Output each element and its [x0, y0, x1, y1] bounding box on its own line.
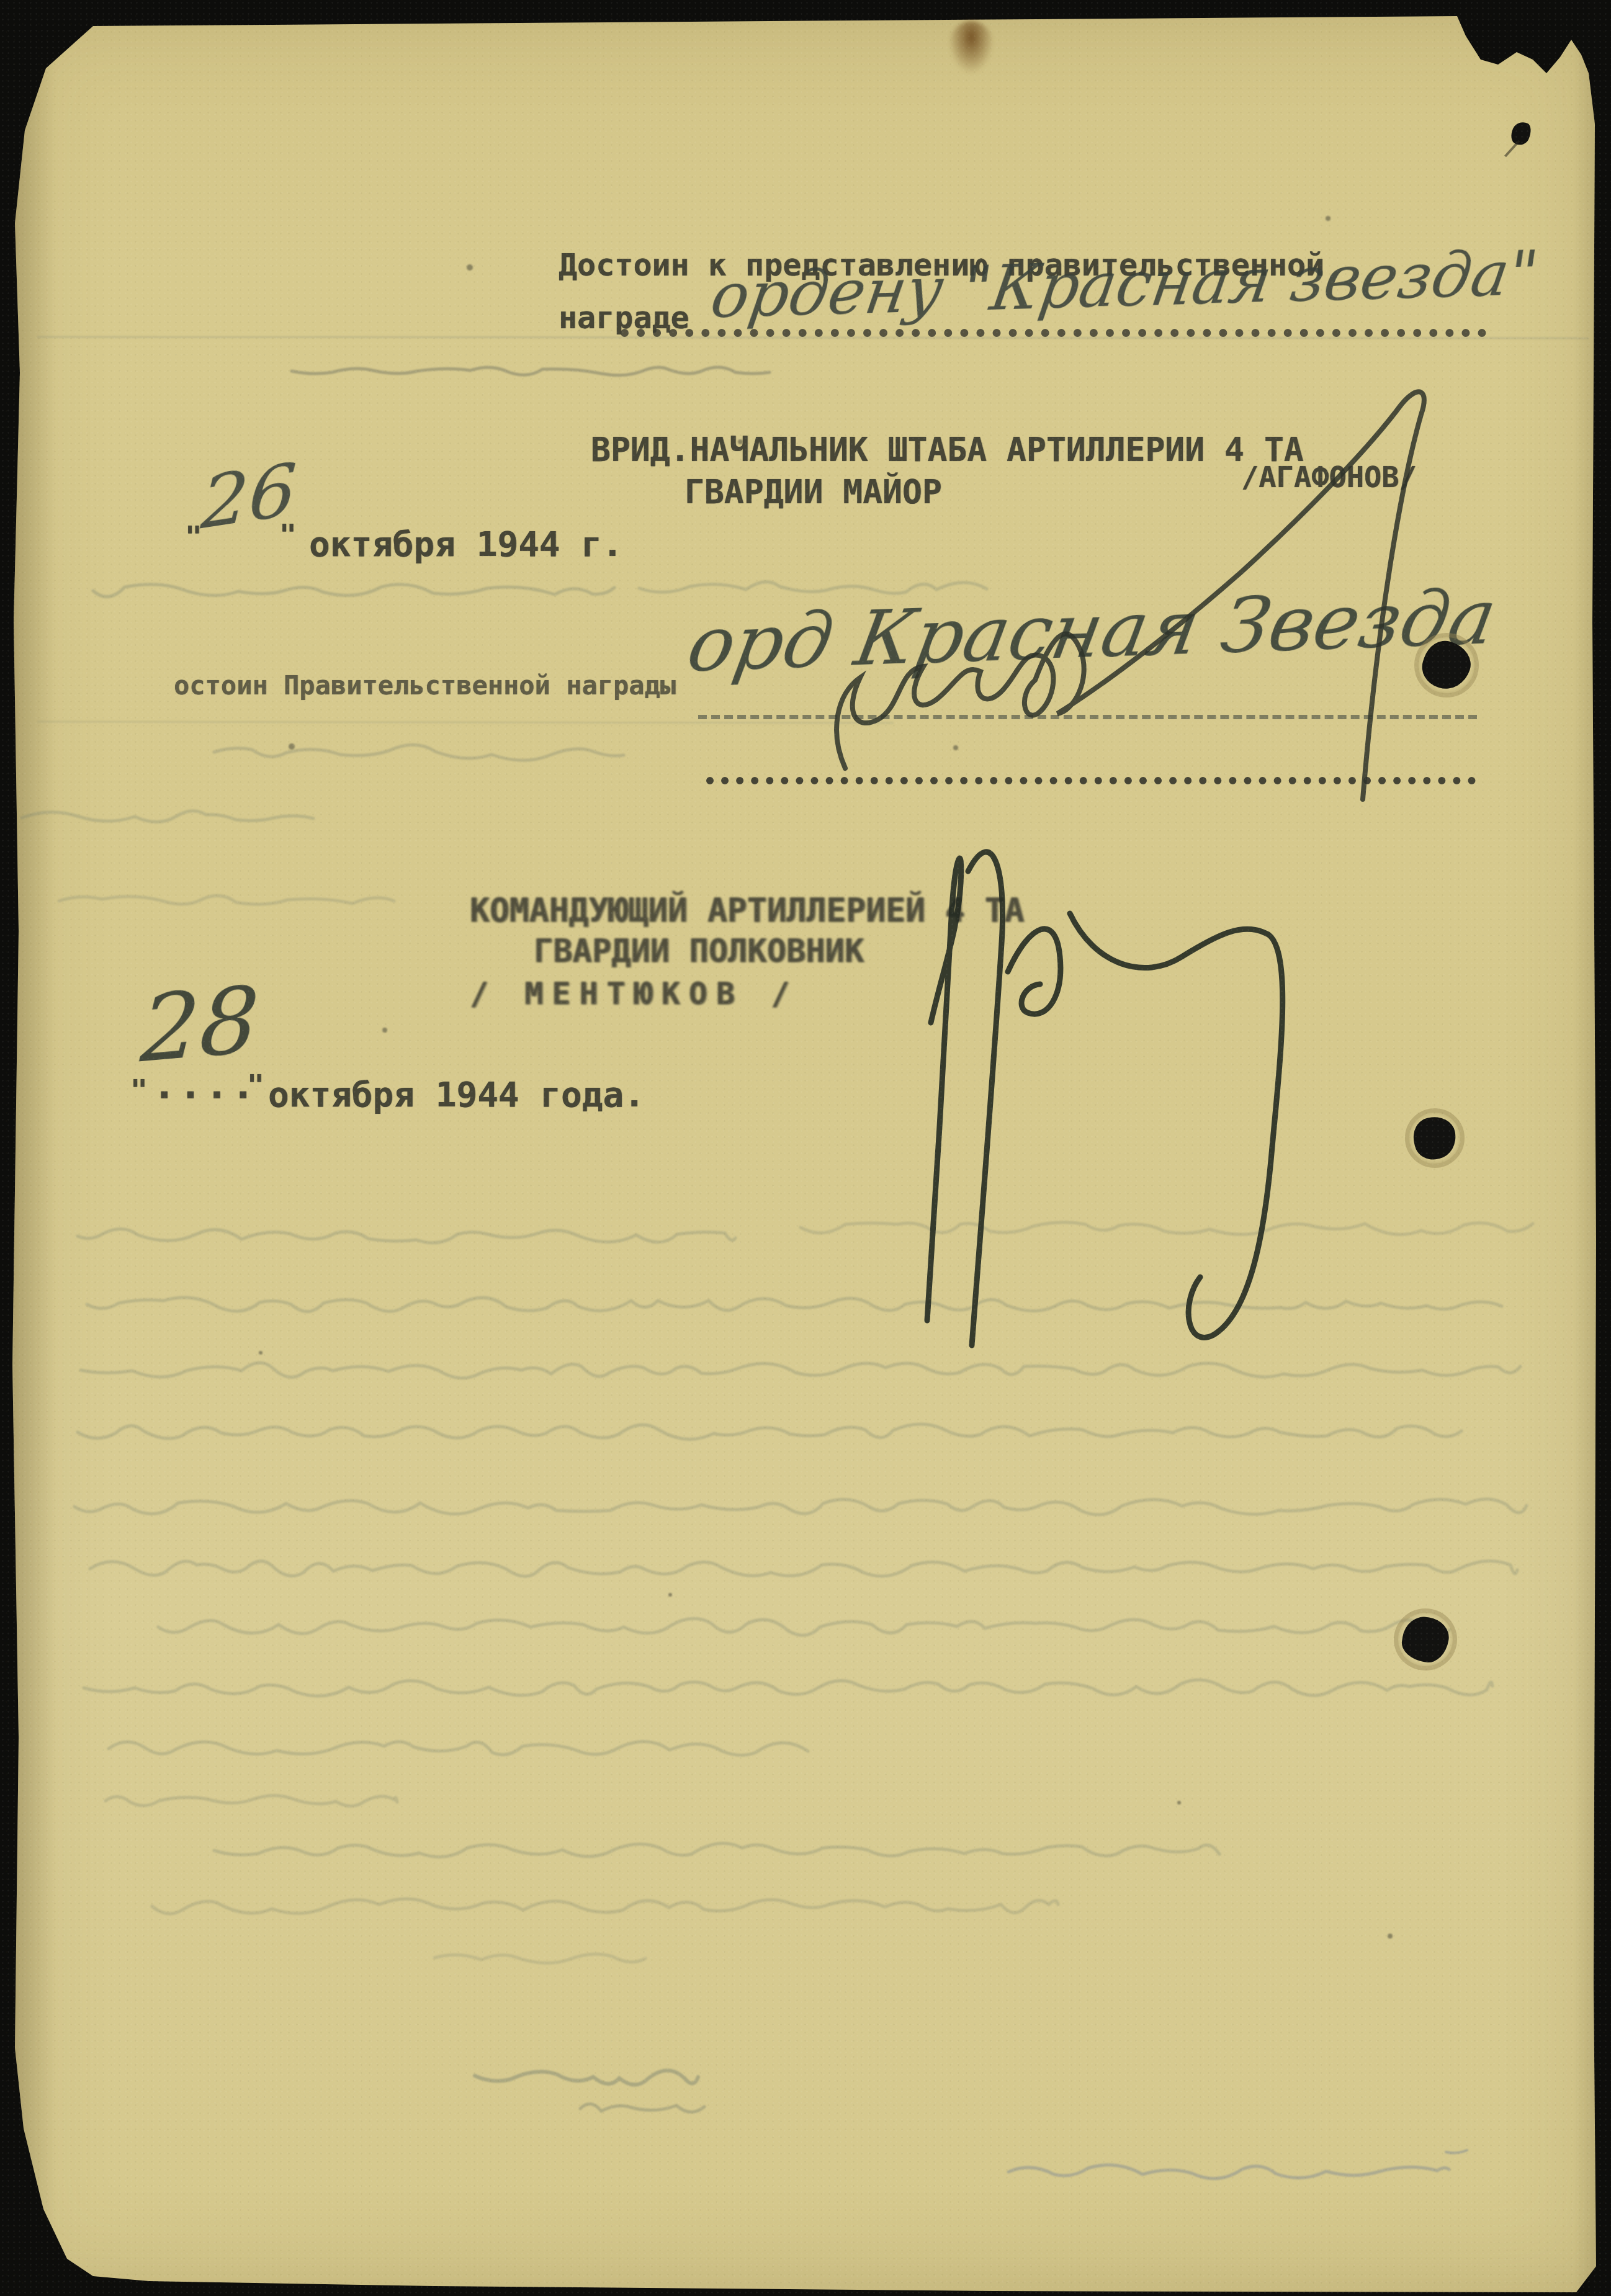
approver2-title-line1: КОМАНДУЮЩИЙ АРТИЛЛЕРИЕЙ 4 ТА: [470, 892, 1024, 930]
punch-hole-2: [1414, 1117, 1456, 1159]
date2-text: октября 1944 года.: [268, 1075, 645, 1115]
dotted-rule-2: [706, 777, 1476, 784]
scanned-award-document: Достоин к представлению правительственно…: [0, 0, 1611, 2296]
approver2-name-typed: / МЕНТЮКОВ /: [470, 975, 798, 1011]
approver1-name-typed: /АГАФОНОВ/: [1241, 460, 1417, 495]
date2-quote-close: ": [247, 1069, 264, 1102]
approver1-title-line2: ГВАРДИИ МАЙОР: [684, 473, 942, 511]
punch-hole-3: [1402, 1617, 1448, 1662]
statement2-typed: остоин Правительственной награды: [174, 670, 676, 701]
approver2-title-line2: ГВАРДИИ ПОЛКОВНИК: [534, 933, 864, 970]
date2-day-handwritten: 28: [138, 966, 262, 1083]
dashed-rule-award2: [698, 715, 1477, 719]
rust-stain: [948, 21, 994, 74]
date1-quote-close: ": [279, 518, 297, 552]
date1-text: октября 1944 г.: [309, 524, 623, 565]
punch-hole-1: [1423, 642, 1470, 689]
paper-sheet: [0, 0, 1611, 2296]
approver1-title-line1: ВРИД.НАЧАЛЬНИК ШТАБА АРТИЛЛЕРИИ 4 ТА: [591, 431, 1304, 469]
